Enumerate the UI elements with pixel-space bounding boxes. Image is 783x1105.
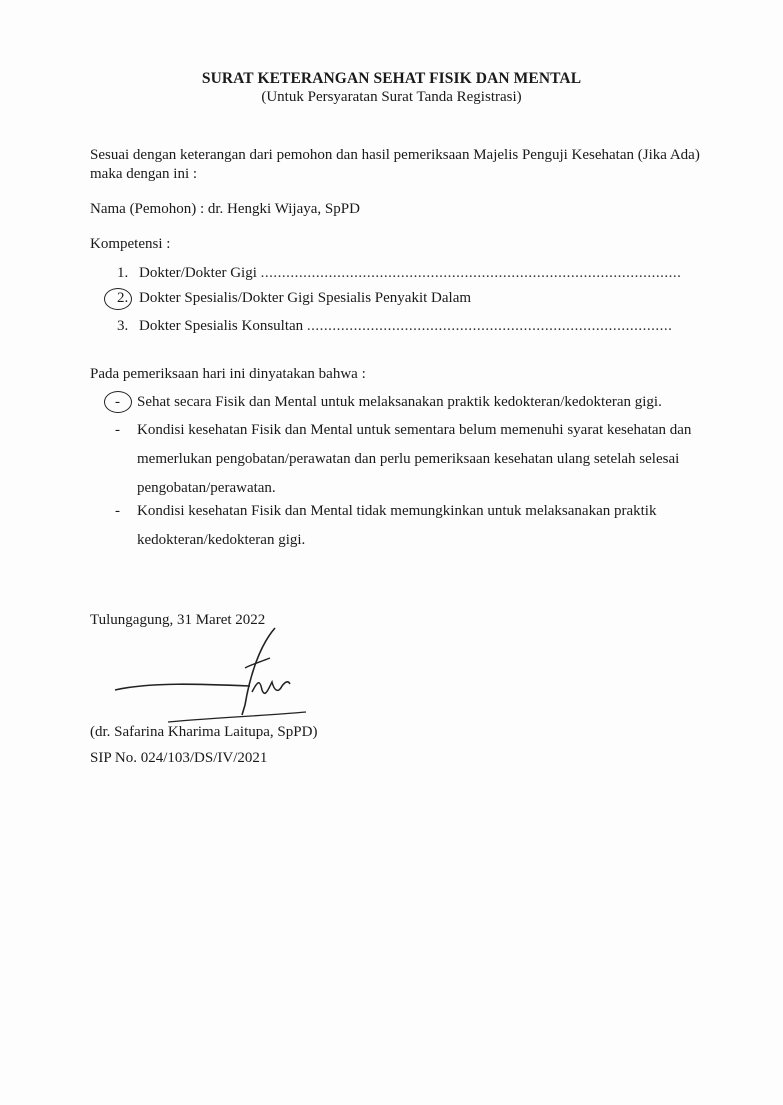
competence-label: Kompetensi :	[90, 236, 170, 253]
item-number: 1.	[117, 265, 139, 282]
item-dash: -	[115, 416, 137, 445]
item-text: Dokter Spesialis Konsultan	[139, 318, 303, 334]
item-number: 3.	[117, 318, 139, 335]
item-text: Kondisi kesehatan Fisik dan Mental tidak…	[137, 497, 707, 555]
item-text: Dokter/Dokter Gigi	[139, 265, 257, 281]
competence-item-selected: 2.Dokter Spesialis/Dokter Gigi Spesialis…	[117, 290, 471, 307]
document-subtitle: (Untuk Persyaratan Surat Tanda Registras…	[0, 89, 783, 106]
item-text: Sehat secara Fisik dan Mental untuk mela…	[137, 394, 662, 410]
examination-item: -Kondisi kesehatan Fisik dan Mental untu…	[115, 416, 707, 503]
dotted-fill: ........................................…	[261, 265, 682, 281]
item-dash: -	[115, 497, 137, 526]
examination-item: -Kondisi kesehatan Fisik dan Mental tida…	[115, 497, 707, 555]
competence-item: 1.Dokter/Dokter Gigi ...................…	[117, 265, 681, 282]
applicant-label: Nama (Pemohon) :	[90, 201, 204, 217]
item-number: 2.	[117, 290, 139, 307]
license-number: SIP No. 024/103/DS/IV/2021	[90, 750, 267, 767]
examination-item-selected: -Sehat secara Fisik dan Mental untuk mel…	[115, 394, 662, 411]
document-title: SURAT KETERANGAN SEHAT FISIK DAN MENTAL	[0, 70, 783, 88]
intro-paragraph: Sesuai dengan keterangan dari pemohon da…	[90, 146, 730, 184]
dotted-fill: ........................................…	[307, 318, 673, 334]
item-dash: -	[115, 394, 137, 411]
signer-name: (dr. Safarina Kharima Laitupa, SpPD)	[90, 724, 317, 741]
applicant-name: dr. Hengki Wijaya, SpPD	[208, 201, 360, 217]
item-text: Kondisi kesehatan Fisik dan Mental untuk…	[137, 416, 707, 503]
competence-item: 3.Dokter Spesialis Konsultan ...........…	[117, 318, 672, 335]
applicant-line: Nama (Pemohon) : dr. Hengki Wijaya, SpPD	[90, 201, 360, 218]
item-text: Dokter Spesialis/Dokter Gigi Spesialis P…	[139, 290, 471, 306]
examination-label: Pada pemeriksaan hari ini dinyatakan bah…	[90, 366, 366, 383]
handwritten-signature	[110, 620, 330, 730]
